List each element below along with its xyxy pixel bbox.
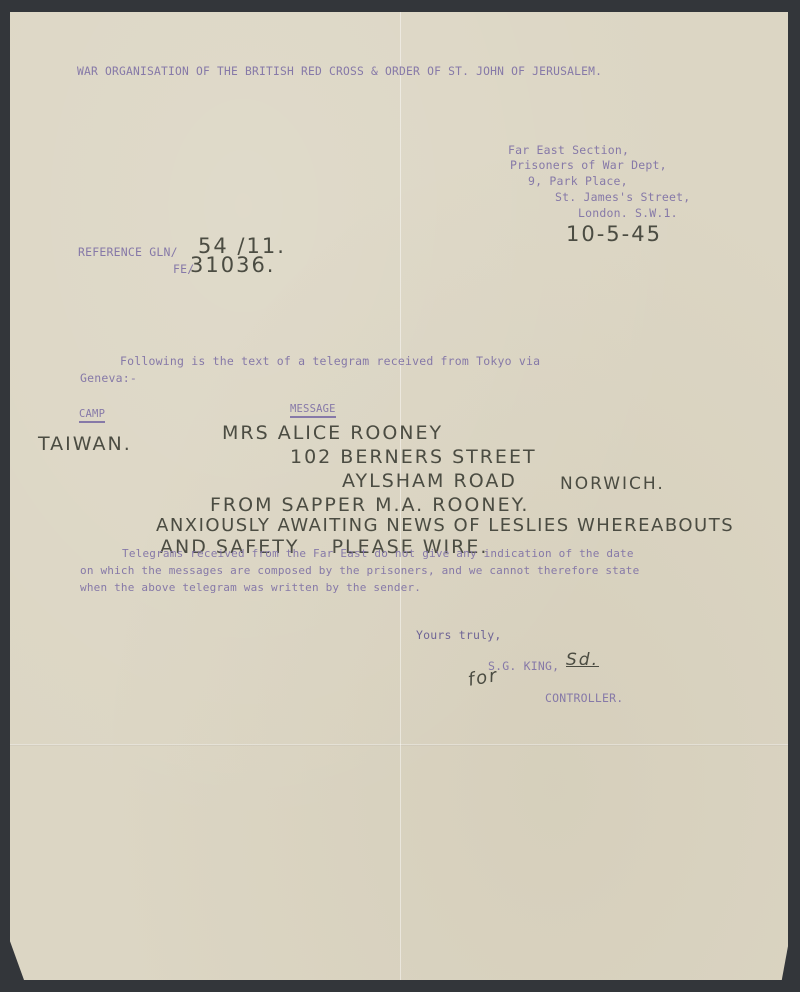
letter-paper: WAR ORGANISATION OF THE BRITISH RED CROS… — [10, 12, 788, 980]
signatory-title: CONTROLLER. — [545, 691, 623, 705]
notice-line: when the above telegram was written by t… — [80, 581, 421, 595]
camp-column-header: CAMP — [79, 408, 105, 421]
intro-line: Following is the text of a telegram rece… — [120, 354, 540, 368]
camp-header-text: CAMP — [79, 408, 105, 423]
message-line: FROM SAPPER M.A. ROONEY. — [210, 494, 529, 516]
camp-name: TAIWAN. — [38, 433, 132, 455]
for-handwritten-mark: for — [466, 665, 500, 691]
intro-line: Geneva:- — [80, 371, 137, 385]
message-column-header: MESSAGE — [290, 403, 336, 416]
reference-label: REFERENCE GLN/ — [78, 245, 178, 259]
message-header-text: MESSAGE — [290, 403, 336, 418]
message-line: AYLSHAM ROAD — [342, 470, 517, 492]
letterhead: WAR ORGANISATION OF THE BRITISH RED CROS… — [77, 65, 602, 79]
notice-line: Telegrams received from the Far East do … — [122, 547, 634, 561]
address-line: Far East Section, — [508, 143, 629, 157]
handwritten-date: 10-5-45 — [566, 222, 662, 246]
message-line: ANXIOUSLY AWAITING NEWS OF LESLIES WHERE… — [156, 515, 734, 536]
address-line: 9, Park Place, — [528, 174, 628, 188]
address-line: Prisoners of War Dept, — [510, 158, 667, 172]
notice-line: on which the messages are composed by th… — [80, 564, 639, 578]
message-line: NORWICH. — [560, 474, 665, 494]
address-line: London. S.W.1. — [578, 206, 678, 220]
closing: Yours truly, — [416, 628, 501, 642]
address-line: St. James's Street, — [555, 190, 690, 204]
message-line: 102 BERNERS STREET — [290, 446, 537, 468]
signatory-name: S.G. KING, — [488, 659, 559, 673]
signatory-initials: Sd. — [566, 650, 599, 670]
horizontal-fold-line — [10, 744, 788, 746]
message-line: MRS ALICE ROONEY — [222, 422, 443, 444]
reference-fe-number: 31036. — [190, 253, 275, 277]
